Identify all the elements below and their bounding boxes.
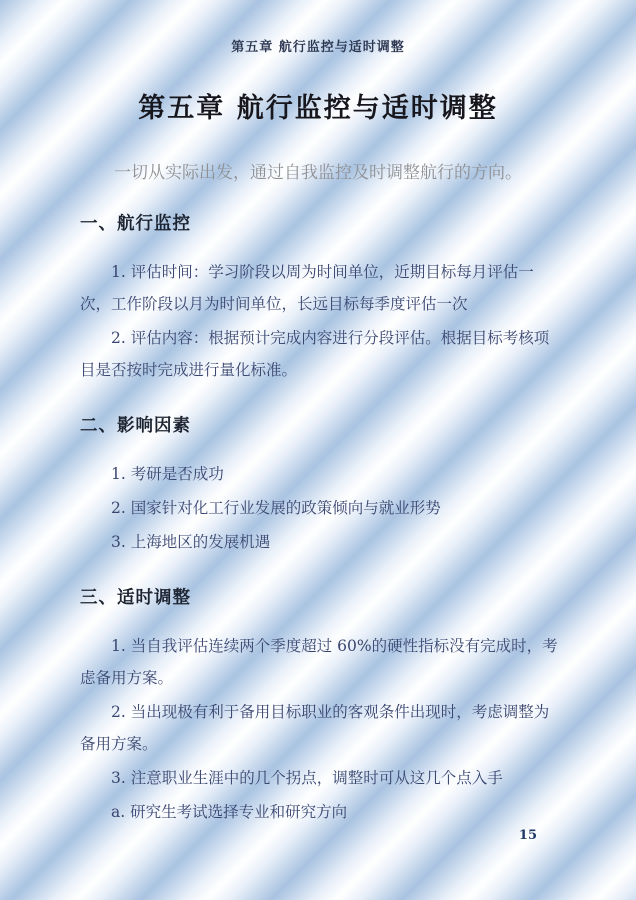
paragraph-adjustment-3: 3. 注意职业生涯中的几个拐点，调整时可从这几个点入手 — [80, 762, 560, 794]
page-number: 15 — [519, 828, 537, 843]
paragraph-evaluation-time: 1. 评估时间：学习阶段以周为时间单位，近期目标每月评估一次，工作阶段以月为时间… — [80, 256, 560, 320]
paragraph-factor-3: 3. 上海地区的发展机遇 — [80, 526, 560, 558]
paragraph-evaluation-content: 2. 评估内容：根据预计完成内容进行分段评估。根据目标考核项目是否按时完成进行量… — [80, 322, 560, 386]
page-title: 第五章 航行监控与适时调整 — [0, 92, 636, 126]
section-heading-timely-adjustment: 三、适时调整 — [80, 586, 560, 610]
page-subtitle: 一切从实际出发，通过自我监控及时调整航行的方向。 — [80, 162, 560, 184]
section-heading-navigation-monitoring: 一、航行监控 — [80, 212, 560, 236]
paragraph-adjustment-3a: a. 研究生考试选择专业和研究方向 — [80, 796, 560, 828]
section-heading-influencing-factors: 二、影响因素 — [80, 414, 560, 438]
running-header: 第五章 航行监控与适时调整 — [0, 0, 636, 56]
paragraph-adjustment-1: 1. 当自我评估连续两个季度超过 60%的硬性指标没有完成时，考虑备用方案。 — [80, 630, 560, 694]
paragraph-adjustment-2: 2. 当出现极有利于备用目标职业的客观条件出现时，考虑调整为备用方案。 — [80, 696, 560, 760]
document-page: 第五章 航行监控与适时调整 第五章 航行监控与适时调整 一切从实际出发，通过自我… — [0, 0, 636, 900]
paragraph-factor-1: 1. 考研是否成功 — [80, 458, 560, 490]
paragraph-factor-2: 2. 国家针对化工行业发展的政策倾向与就业形势 — [80, 492, 560, 524]
